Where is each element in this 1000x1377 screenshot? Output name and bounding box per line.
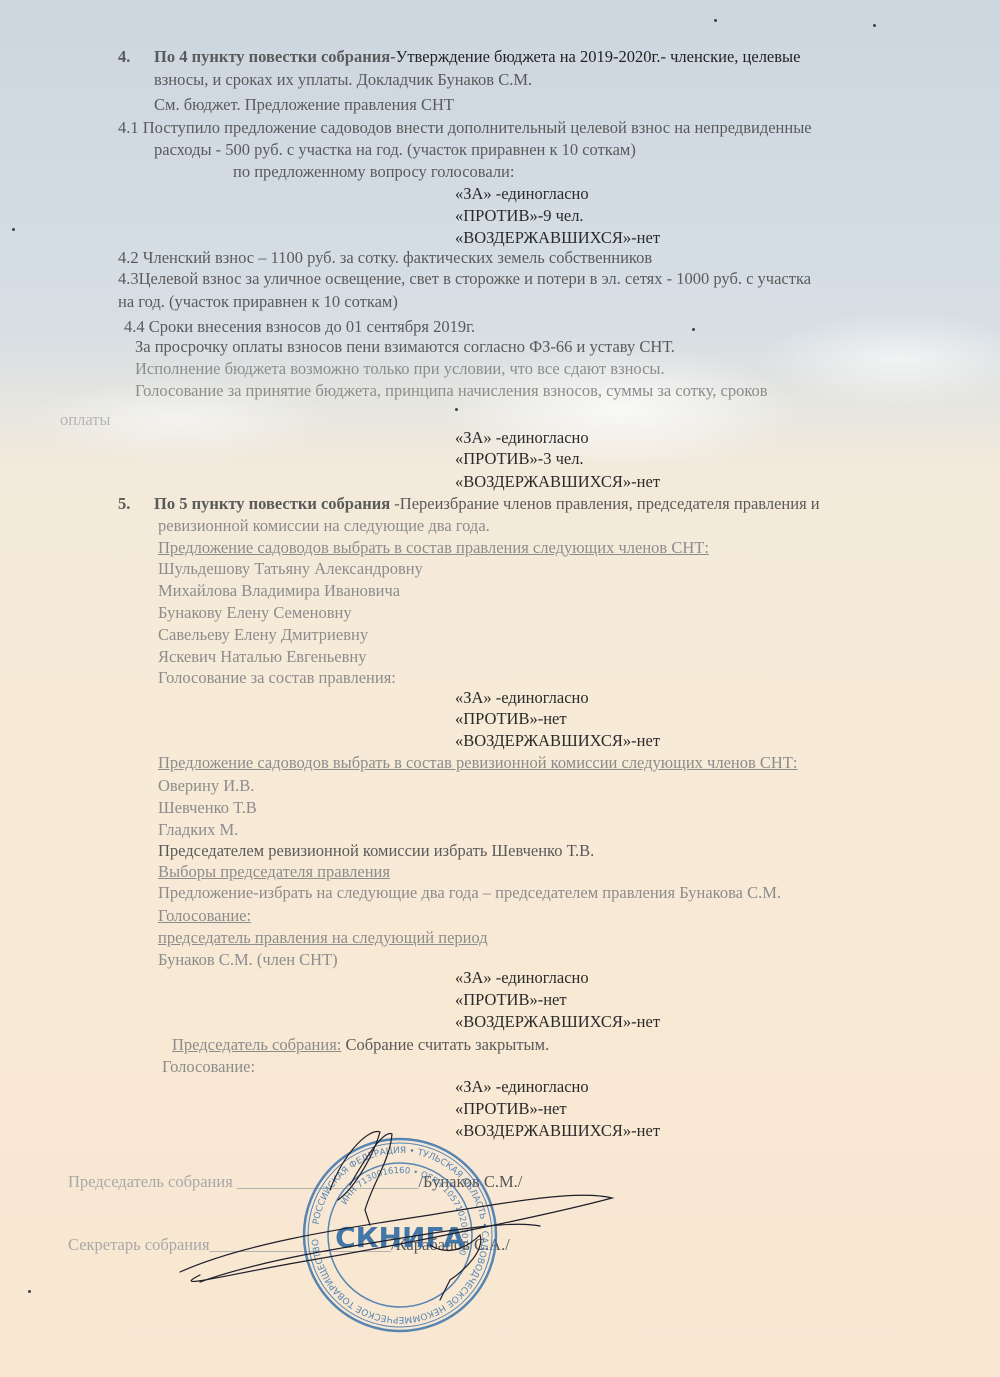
item5-heading-rest: -Переизбрание членов правления, председа… [394,494,819,513]
chair-sign-label: Председатель собрания [68,1172,233,1191]
board-vote-intro: Голосование за состав правления: [158,668,396,688]
stamp-center-text: СКНИГА [335,1221,465,1254]
chair-proposal: Предложение-избрать на следующие два год… [158,883,781,903]
organization-stamp: РОССИЙСКАЯ ФЕДЕРАЦИЯ • ТУЛЬСКАЯ ОБЛАСТЬ … [300,1135,500,1335]
vote3-abstain: «ВОЗДЕРЖАВШИХСЯ»-нет [455,731,660,751]
board-member: Яскевич Наталью Евгеньевну [158,647,367,667]
audit-chair: Председателем ревизионной комиссии избра… [158,841,594,861]
board-member: Шульдешову Татьяну Александровну [158,559,423,579]
item4-p41b: расходы - 500 руб. с участка на год. (уч… [154,140,636,160]
chair-candidate: Бунаков С.М. (член СНТ) [158,950,338,970]
item5-heading-line: 5.По 5 пункту повестки собрания -Переизб… [118,494,820,514]
audit-member: Оверину И.В. [158,776,254,796]
vote2-for: «ЗА» -единогласно [455,428,589,448]
vote3-for: «ЗА» -единогласно [455,688,589,708]
item4-budget-vote-b: оплаты [60,410,111,430]
vote5-against: «ПРОТИВ»-нет [455,1099,567,1119]
item4-heading: По 4 пункту повестки собрания- [154,47,396,66]
chair-election: Выборы председателя правления [158,862,390,882]
item4-p43b: на год. (участок приравнен к 10 соткам) [118,292,398,312]
vote4-against: «ПРОТИВ»-нет [455,990,567,1010]
board-member: Михайлова Владимира Ивановича [158,581,400,601]
closing-line: Председатель собрания: Собрание считать … [172,1035,549,1055]
speck [873,24,876,27]
vote3-against: «ПРОТИВ»-нет [455,709,567,729]
vote2-abstain: «ВОЗДЕРЖАВШИХСЯ»-нет [455,472,660,492]
vote5-for: «ЗА» -единогласно [455,1077,589,1097]
item4-p43a: 4.3Целевой взнос за уличное освещение, с… [118,269,811,289]
item4-heading-rest: Утверждение бюджета на 2019-2020г.- член… [396,47,801,66]
speck [455,408,458,411]
vote4-for: «ЗА» -единогласно [455,968,589,988]
audit-member: Гладких М. [158,820,238,840]
vote1-against: «ПРОТИВ»-9 чел. [455,206,584,226]
item4-p41a: 4.1 Поступило предложение садоводов внес… [118,118,812,138]
item4-heading-line: 4.По 4 пункту повестки собрания-Утвержде… [118,47,800,67]
item4-penalty: За просрочку оплаты взносов пени взимают… [135,337,675,357]
closing-text: Собрание считать закрытым. [341,1035,549,1054]
audit-member: Шевченко Т.В [158,798,257,818]
item4-number: 4. [118,47,154,67]
item5-number: 5. [118,494,154,514]
vote1-for: «ЗА» -единогласно [455,184,589,204]
item4-line3: См. бюджет. Предложение правления СНТ [154,95,454,115]
item4-p44: 4.4 Сроки внесения взносов до 01 сентябр… [124,317,475,337]
speck [692,328,695,331]
item4-p42: 4.2 Членский взнос – 1100 руб. за сотку.… [118,248,652,268]
speck [714,19,717,22]
board-member: Бунакову Елену Семеновну [158,603,352,623]
secretary-sign-label: Секретарь собрания [68,1235,210,1254]
vote1-abstain: «ВОЗДЕРЖАВШИХСЯ»-нет [455,228,660,248]
board-member: Савельеву Елену Дмитриевну [158,625,368,645]
item4-execution: Исполнение бюджета возможно только при у… [135,359,665,379]
board-proposal: Предложение садоводов выбрать в состав п… [158,538,709,558]
vote4-abstain: «ВОЗДЕРЖАВШИХСЯ»-нет [455,1012,660,1032]
chair-vote-label: Голосование: [158,906,251,926]
item5-heading: По 5 пункту повестки собрания [154,494,394,513]
speck [12,228,15,231]
item5-line2: ревизионной комиссии на следующие два го… [158,516,490,536]
item4-budget-vote-a: Голосование за принятие бюджета, принцип… [135,381,768,401]
closing-vote-label: Голосование: [162,1057,255,1077]
speck [28,1290,31,1293]
item4-vote-intro: по предложенному вопросу голосовали: [233,162,514,182]
chair-period: председатель правления на следующий пери… [158,928,488,948]
item4-line2: взносы, и сроках их уплаты. Докладчик Бу… [154,70,532,90]
closing-label: Председатель собрания: [172,1035,341,1054]
audit-proposal: Предложение садоводов выбрать в состав р… [158,753,797,773]
vote2-against: «ПРОТИВ»-3 чел. [455,449,584,469]
